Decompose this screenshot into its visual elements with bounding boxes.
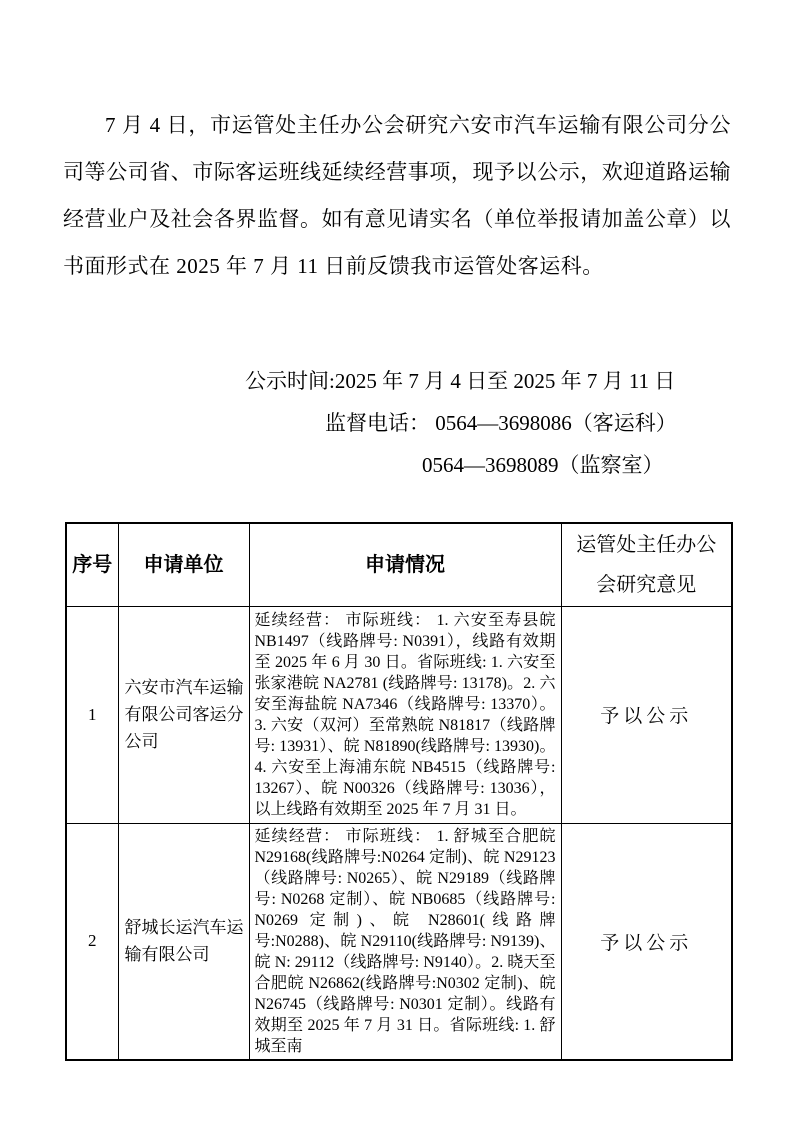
- table-row: 2 舒城长运汽车运输有限公司 延续经营： 市际班线： 1. 舒城至合肥皖 N29…: [66, 823, 732, 1060]
- row-applicant: 舒城长运汽车运输有限公司: [118, 823, 249, 1060]
- row-index: 1: [66, 606, 118, 823]
- row-index: 2: [66, 823, 118, 1060]
- publicity-time: 公示时间:2025 年 7 月 4 日至 2025 年 7 月 11 日: [245, 368, 675, 394]
- row-applicant: 六安市汽车运输有限公司客运分公司: [118, 606, 249, 823]
- table-row: 1 六安市汽车运输有限公司客运分公司 延续经营： 市际班线： 1. 六安至寿县皖…: [66, 606, 732, 823]
- header-application: 申请情况: [249, 523, 561, 606]
- document-page: 7 月 4 日，市运管处主任办公会研究六安市汽车运输有限公司分公司等公司省、市际…: [0, 0, 793, 1122]
- row-application: 延续经营： 市际班线： 1. 六安至寿县皖 NB1497（线路牌号: N0391…: [249, 606, 561, 823]
- routes-table: 序号 申请单位 申请情况 运管处主任办公会研究意见 1 六安市汽车运输有限公司客…: [65, 522, 733, 1061]
- header-opinion: 运管处主任办公会研究意见: [561, 523, 732, 606]
- header-index: 序号: [66, 523, 118, 606]
- supervision-phone-1: 监督电话： 0564—3698086（客运科）: [325, 410, 677, 436]
- row-application: 延续经营： 市际班线： 1. 舒城至合肥皖 N29168(线路牌号:N0264 …: [249, 823, 561, 1060]
- row-opinion: 予以公示: [561, 823, 732, 1060]
- header-applicant: 申请单位: [118, 523, 249, 606]
- intro-paragraph: 7 月 4 日，市运管处主任办公会研究六安市汽车运输有限公司分公司等公司省、市际…: [63, 102, 731, 290]
- row-opinion: 予以公示: [561, 606, 732, 823]
- supervision-phone-2: 0564—3698089（监察室）: [422, 452, 664, 478]
- table-header-row: 序号 申请单位 申请情况 运管处主任办公会研究意见: [66, 523, 732, 606]
